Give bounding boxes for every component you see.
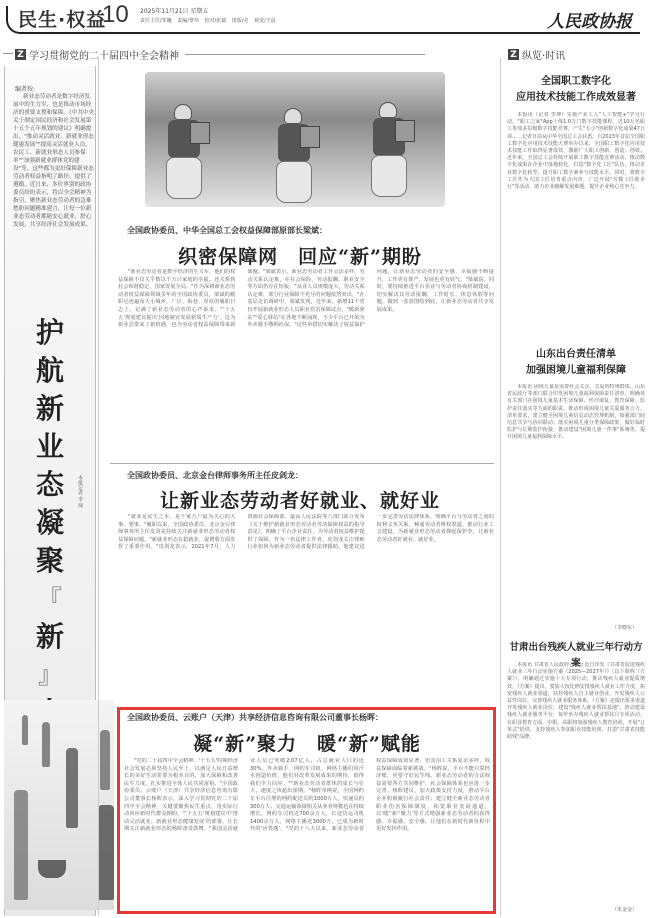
- article-3-kicker: 全国政协委员、云账户（天津）共享经济信息咨询有限公司董事长杨晖：: [127, 712, 383, 723]
- masthead-rule: [20, 32, 640, 34]
- delivery-box: [300, 126, 320, 148]
- column-bar-lead: [3, 53, 13, 54]
- silhouette-worker-broom: [98, 805, 114, 900]
- news-2-signature: （李晓东）: [612, 624, 637, 631]
- scooter: [276, 161, 312, 203]
- silhouette-figure: [42, 722, 50, 767]
- article-2-kicker: 全国政协委员、北京金台律师事务所主任皮剑龙：: [127, 470, 303, 481]
- z-mark-icon: Z: [15, 49, 26, 60]
- delivery-riders-photo: [145, 72, 445, 207]
- title-quote-close: 』: [30, 656, 70, 694]
- column-bar-line: [185, 54, 425, 55]
- title-char: 护: [30, 314, 70, 352]
- helmet: [379, 102, 397, 118]
- delivery-box: [190, 122, 210, 144]
- title-char: 新: [30, 390, 70, 428]
- article-1-kicker: 全国政协委员、中华全国总工会权益保障部原部长梁斌：: [127, 225, 327, 236]
- column-rule: [98, 58, 99, 916]
- news-1-title-line: 全国职工数字化: [505, 74, 647, 90]
- news-1-body: 本报讯（记者 李坤）实施产业工人"人工智能+"学习行动，"职工之家"App上线1…: [507, 112, 645, 340]
- news-2-body: 本报讯 困境儿童是需要社会关注、关爱的特殊群体。山东省民政厅等部门联合印发困境儿…: [507, 384, 645, 616]
- news-2-title-line: 山东出台责任清单: [505, 347, 647, 363]
- delivery-box: [395, 120, 415, 142]
- silhouette-worker-wheelbarrow: [14, 790, 28, 900]
- article-1-body: "新业态劳动者是数字经济的生力军，他们的权益保障不仅关乎数以千万计家庭的幸福，还…: [118, 269, 494, 459]
- left-column-header: Z 学习贯彻党的二十届四中全会精神: [15, 47, 425, 62]
- title-char: 聚: [30, 542, 70, 580]
- scooter: [371, 155, 407, 197]
- newspaper-logo: 人民政协报: [547, 7, 632, 32]
- article-3-body: "党的二十届四中全会精神、'十五五'时期经济社会发展必须坚持人民至上，以满足人民…: [124, 758, 490, 908]
- reporter-byline: 本报记者 李 坤: [76, 475, 84, 508]
- article-divider: [110, 463, 494, 464]
- title-char: 凝: [30, 504, 70, 542]
- title-char: 业: [30, 428, 70, 466]
- section-title: 民生·权益: [18, 5, 106, 32]
- issue-date: 2025年11月21日 星期五: [140, 6, 208, 15]
- right-column-header: Z 纵览·时讯: [508, 47, 565, 62]
- z-mark-icon: Z: [508, 49, 519, 60]
- scooter: [166, 157, 202, 199]
- helmet: [174, 104, 192, 120]
- right-column-title: 纵览·时讯: [522, 47, 565, 62]
- title-char: 航: [30, 352, 70, 390]
- column-rule: [500, 58, 501, 916]
- editor-note-text: 新业态劳动者是数字经济发展中的生力军，也是推动市场经济的重要支撑和保障。《中共中…: [13, 93, 95, 229]
- article-2-title: 让新业态劳动者好就业、就好业: [110, 486, 490, 513]
- wheelbarrow: [38, 860, 66, 878]
- title-char: 态: [30, 466, 70, 504]
- helmet: [284, 108, 302, 124]
- news-2-title-line: 加强困境儿童福利保障: [505, 363, 647, 379]
- title-quote-open: 『: [30, 580, 70, 618]
- news-1-title-line: 应用技术技能工作成效显著: [505, 90, 647, 106]
- article-1-title: 织密保障网 回应“新”期盼: [110, 242, 490, 269]
- news-3-body: 本报讯 甘肃省人民政府办公厅近日印发《甘肃省促进残疾人就业三年行动实施方案（20…: [507, 662, 645, 907]
- news-1-title: 全国职工数字化 应用技术技能工作成效显著: [505, 74, 647, 106]
- left-column-title: 学习贯彻党的二十届四中全会精神: [29, 47, 179, 62]
- rider-figure: [160, 104, 210, 199]
- page-number: 10: [102, 1, 129, 29]
- masthead: 民生·权益 10 2025年11月21日 星期五 责任主任/邹巍 责编/黎伟 校…: [0, 0, 650, 34]
- article-2-body: "就业是民生之本，是千家万户最为关心的大事、要事。"履职以来，全国政协委员、北京…: [118, 514, 494, 702]
- editorial-credits: 责任主任/邹巍 责编/黎伟 校对/张斌 排版/美 视觉/王晨: [140, 17, 276, 24]
- rider-figure: [365, 102, 415, 197]
- silhouette-figure: [22, 715, 28, 745]
- rider-figure: [270, 108, 320, 203]
- news-3-signature: （朱金金）: [612, 906, 637, 913]
- title-char: 新: [30, 618, 70, 656]
- editor-note-label: 编者按:: [15, 84, 35, 93]
- silhouette-figure: [100, 730, 110, 790]
- silhouette-figure: [66, 748, 78, 828]
- news-2-title: 山东出台责任清单 加强困境儿童福利保障: [505, 347, 647, 379]
- article-3-title: 凝“新”聚力 暖“新”赋能: [120, 729, 494, 756]
